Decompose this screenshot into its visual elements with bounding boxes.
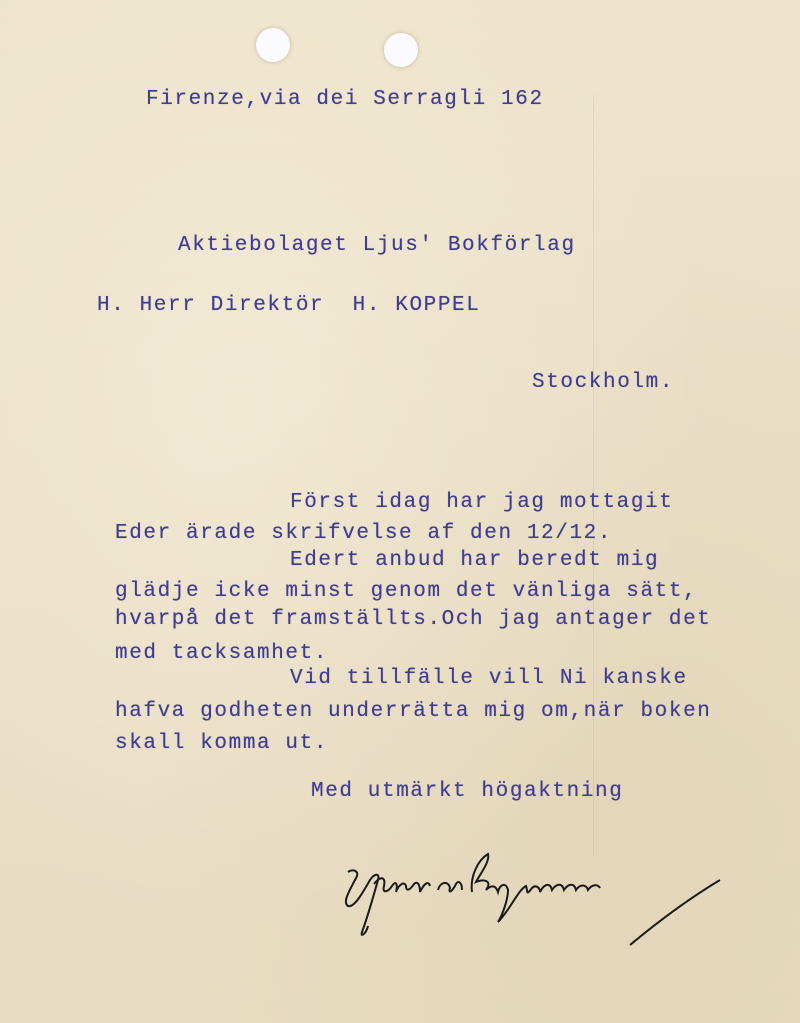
body-line-4: glädje icke minst genom det vänliga sätt… [115,580,697,603]
fold-line [593,95,594,855]
recipient-person: H. Herr Direktör H. KOPPEL [97,294,480,317]
body-line-3: Edert anbud har beredt mig [290,549,659,572]
recipient-company: Aktiebolaget Ljus' Bokförlag [178,234,576,257]
body-line-9: skall komma ut. [115,732,328,755]
letter-page: Firenze,via dei Serragli 162 Aktiebolage… [0,0,800,1023]
body-line-7: Vid tillfälle vill Ni kanske [290,667,688,690]
punch-hole-right [384,33,418,67]
closing-salutation: Med utmärkt högaktning [311,780,623,803]
handwritten-signature [340,850,740,950]
body-line-6: med tacksamhet. [115,642,328,665]
recipient-city: Stockholm. [532,371,674,394]
body-line-5: hvarpå det framställts.Och jag antager d… [115,608,712,631]
body-line-8: hafva godheten underrätta mig om,när bok… [115,700,712,723]
body-line-2: Eder ärade skrifvelse af den 12/12. [115,522,612,545]
sender-address: Firenze,via dei Serragli 162 [146,88,544,111]
punch-hole-left [256,28,290,62]
body-line-1: Först idag har jag mottagit [290,491,673,514]
